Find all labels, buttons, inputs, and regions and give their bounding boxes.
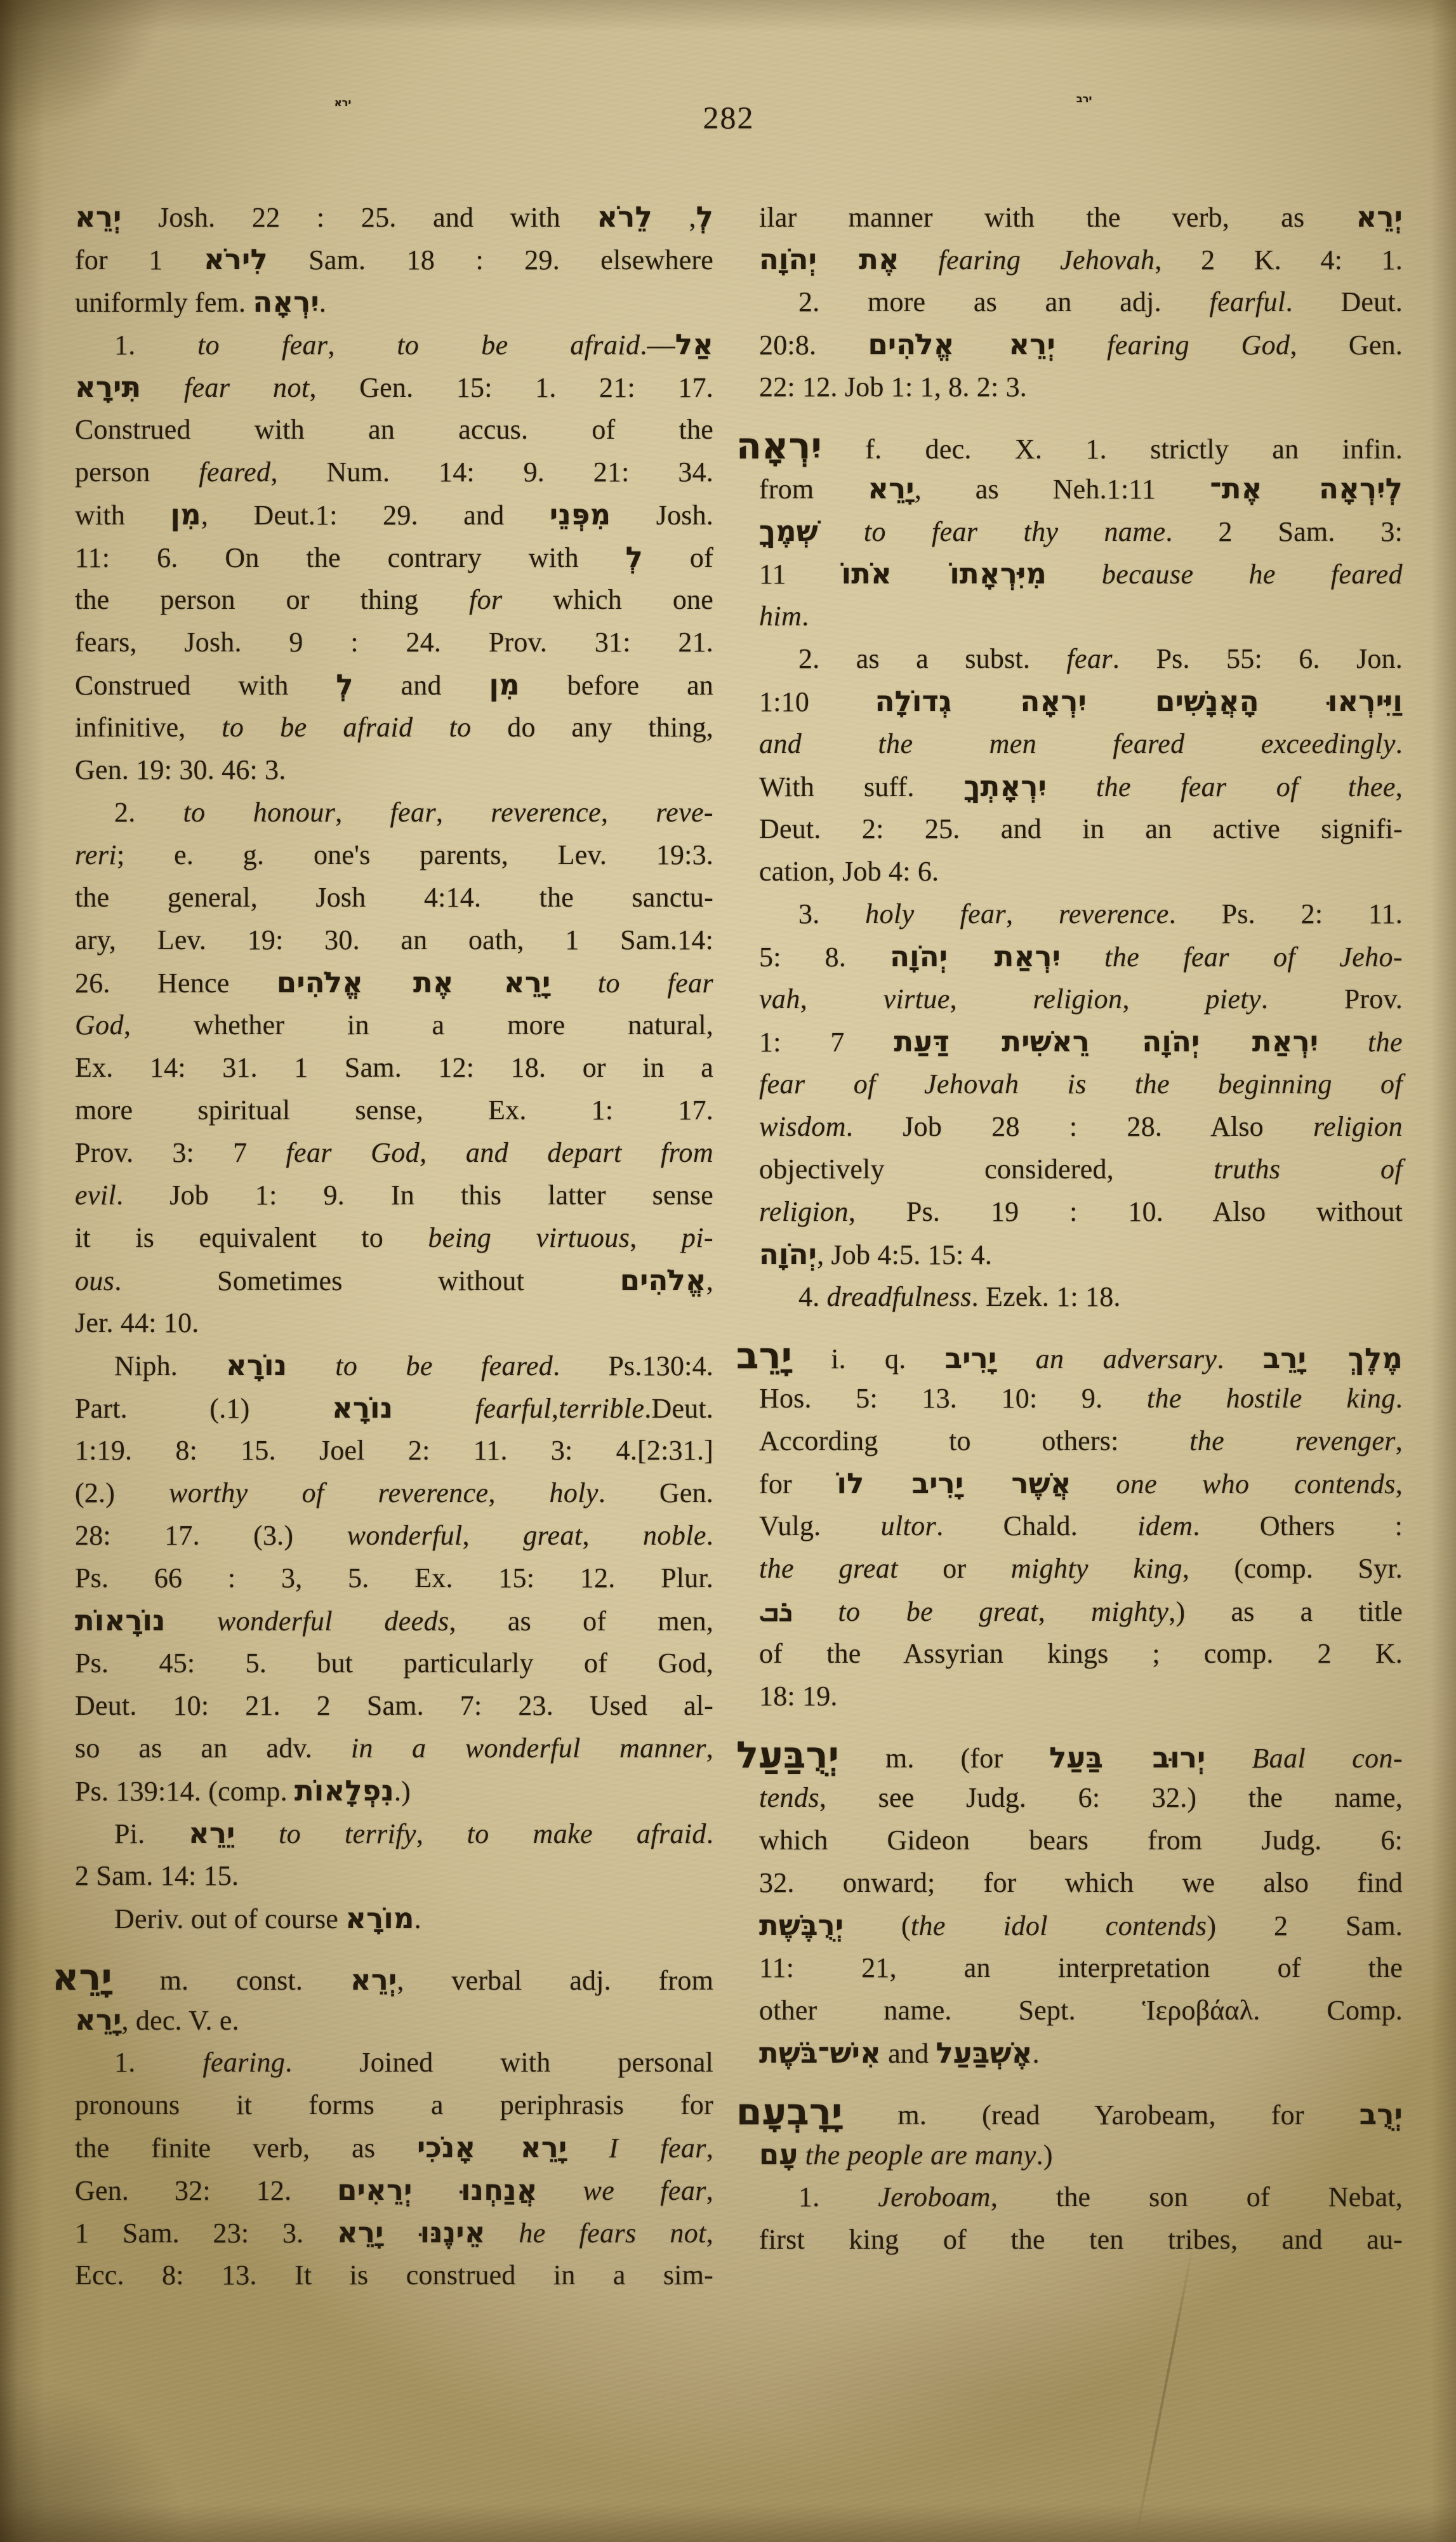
page-edge-shadow-bottom xyxy=(0,2504,1456,2542)
hebrew-word: לְ xyxy=(336,668,353,702)
text-line: the great or mighty king, (comp. Syr. xyxy=(759,1547,1403,1590)
paper-stain xyxy=(768,2298,1212,2489)
page-edge-shadow-left xyxy=(0,0,44,2542)
hebrew-word: אֲנַחְנוּ יְרֵאִים xyxy=(337,2173,537,2207)
text-line: Ps. 45: 5. but particularly of God, xyxy=(75,1642,713,1684)
hebrew-word: תִּירָא xyxy=(75,370,141,404)
text-line: 3. holy fear, reverence. Ps. 2: 11. xyxy=(759,893,1403,935)
text-line: 11: 21, an interpretation of the xyxy=(759,1946,1403,1989)
text-line: 1 Sam. 23: 3. אֵינֶנּוּ יָרֵא he fears n… xyxy=(75,2211,713,2254)
text-line: which Gideon bears from Judg. 6: xyxy=(759,1819,1403,1861)
hebrew-word: יְרוּב בַּעַל xyxy=(1049,1741,1205,1774)
entry-first-line: יָרֵב i. q. יָרִיב an adversary. מֶלֶךְ … xyxy=(759,1334,1403,1377)
text-line: 11: 6. On the contrary with לְ of xyxy=(75,536,713,578)
text-line: אִישׁ־בֹּשֶׁת and אֶשְׁבַּעַל. xyxy=(759,2032,1403,2074)
text-line: for לִירֹא 1 Sam. 18 : 29. elsewhere xyxy=(75,238,713,281)
text-line: נוֹרָאוֹת wonderful deeds, as of men, xyxy=(75,1599,713,1642)
text-line: Vulg. ultor. Chald. idem. Others : xyxy=(759,1505,1403,1547)
hebrew-word: וַיִּירְאוּ הָאֲנָשִׁים יִרְאָה גְדוֹלָה xyxy=(875,684,1403,718)
entry-headword: יָרֵב xyxy=(736,1334,792,1377)
text-line: 11 מִיִּרְאָתוֹ אֹתוֹ because he feared xyxy=(759,552,1403,595)
text-line: person feared, Num. 14: 9. 21: 34. xyxy=(75,451,713,493)
column-left: יְרֵא Josh. 22 : 25. and with לְ, לֵרֹאf… xyxy=(75,196,713,2296)
text-line: Gen. 32: 12. אֲנַחְנוּ יְרֵאִים we fear, xyxy=(75,2169,713,2211)
text-line: אֶת יְהֹוָה fearing Jehovah, 2 K. 4: 1. xyxy=(759,238,1403,281)
hebrew-word: יְרֵא אֱלֹהִים xyxy=(868,328,1055,361)
text-line: ary, Lev. 19: 30. an oath, 1 Sam.14: xyxy=(75,919,713,961)
text-line: Pi. יֵרֵא to terrify, to make afraid. xyxy=(75,1812,713,1854)
text-line: from יָרֵא, as Neh.1:11 לְיִרְאָה אֶת־ xyxy=(759,467,1403,510)
hebrew-word: נוֹרָאוֹת xyxy=(75,1604,166,1637)
text-line: ous. Sometimes without אֱלֹהִים, xyxy=(75,1259,713,1301)
hebrew-word: אֶשְׁבַּעַל xyxy=(936,2036,1033,2070)
hebrew-word: יִרְאַת יְהֹוָה רֵאשִׁית דַּעַת xyxy=(894,1025,1318,1058)
page-corner-shadow xyxy=(0,2377,190,2542)
hebrew-word: יָרִיב xyxy=(945,1341,997,1375)
hebrew-word: יָרֵא xyxy=(75,2003,122,2037)
entry-first-line: יִרְאָה f. dec. X. 1. strictly an infin. xyxy=(759,425,1403,467)
hebrew-word: נוֹרָא xyxy=(332,1391,393,1425)
running-header: ירא 282 ירב xyxy=(0,93,1456,156)
text-line: Ps. 139:14. (comp. נִפְלָאוֹת.) xyxy=(75,1769,713,1812)
hebrew-word: אֲשֶׁר יָרִיב לוֹ xyxy=(837,1467,1071,1500)
text-line: vah, virtue, religion, piety. Prov. xyxy=(759,978,1403,1020)
text-line: the general, Josh 4:14. the sanctu- xyxy=(75,876,713,919)
text-line: it is equivalent to being virtuous, pi- xyxy=(75,1216,713,1259)
hebrew-word: מֶלֶךְ יָרֵב xyxy=(1263,1341,1403,1375)
hebrew-word: אִישׁ־בֹּשֶׁת xyxy=(759,2036,881,2070)
hebrew-word: עָם xyxy=(759,2138,798,2171)
hebrew-word: מִפְּנֵי xyxy=(550,498,611,531)
text-line: Deut. 2: 25. and in an active signifi- xyxy=(759,808,1403,850)
header-catchword-left: ירא xyxy=(334,96,352,109)
text-line: with מִן, Deut.1: 29. and מִפְּנֵי Josh. xyxy=(75,493,713,536)
text-line: Ex. 14: 31. 1 Sam. 12: 18. or in a xyxy=(75,1046,713,1089)
hebrew-word: אֶת יְהֹוָה xyxy=(759,243,899,276)
text-line: first king of the ten tribes, and au- xyxy=(759,2218,1403,2261)
column-right: ilar manner with the verb, as יְרֵאאֶת י… xyxy=(759,196,1403,2261)
hebrew-word: יִרְאָה xyxy=(253,285,319,319)
text-line: Prov. 3: 7 fear God, and depart from xyxy=(75,1131,713,1174)
header-catchword-right: ירב xyxy=(1076,93,1092,105)
text-line: Deriv. out of course מוֹרָא. xyxy=(75,1897,713,1940)
text-line: evil. Job 1: 9. In this latter sense xyxy=(75,1174,713,1216)
text-line: 18: 19. xyxy=(759,1675,1403,1717)
page-edge-shadow-right xyxy=(1431,0,1456,2542)
hebrew-word: יְרֻב xyxy=(1360,2098,1403,2131)
text-line: and the men feared exceedingly. xyxy=(759,722,1403,765)
text-line: of the Assyrian kings ; comp. 2 K. xyxy=(759,1632,1403,1675)
hebrew-word: לְ xyxy=(696,200,713,234)
hebrew-word: יִרְאַת יְהֹוָה xyxy=(890,940,1061,973)
hebrew-word: יָרֵא אָנֹכִי xyxy=(417,2131,567,2164)
text-line: 26. Hence יָרֵא אֶת אֱלֹהִים to fear xyxy=(75,961,713,1004)
text-line: uniformly fem. יִרְאָה. xyxy=(75,281,713,323)
text-line: Ecc. 8: 13. It is construed in a sim- xyxy=(75,2254,713,2296)
text-line: religion, Ps. 19 : 10. Also without xyxy=(759,1190,1403,1233)
entry-first-line: יָרָבְעָם m. (read Yarobeam, for יְרֻב xyxy=(759,2091,1403,2133)
entry-headword: יִרְאָה xyxy=(736,424,822,467)
text-line: 1:10 וַיִּירְאוּ הָאֲנָשִׁים יִרְאָה גְד… xyxy=(759,680,1403,722)
text-line: pronouns it forms a periphrasis for xyxy=(75,2084,713,2126)
text-line: According to others: the revenger, xyxy=(759,1420,1403,1462)
entry-headword: יָרָבְעָם xyxy=(736,2090,842,2133)
text-line: Ps. 66 : 3, 5. Ex. 15: 12. Plur. xyxy=(75,1557,713,1599)
hebrew-word: לְיִרְאָה אֶת־ xyxy=(1210,472,1403,505)
text-line: 4. dreadfulness. Ezek. 1: 18. xyxy=(759,1275,1403,1318)
entry-first-line: יָרֵא m. const. יְרֵא, verbal adj. from xyxy=(75,1956,713,1999)
text-line: 1: 7 יִרְאַת יְהֹוָה רֵאשִׁית דַּעַת the xyxy=(759,1020,1403,1063)
text-line: 2 Sam. 14: 15. xyxy=(75,1854,713,1897)
text-line: יָרֵא, dec. V. e. xyxy=(75,1999,713,2041)
text-line: for אֲשֶׁר יָרִיב לוֹ one who contends, xyxy=(759,1462,1403,1505)
text-line: fears, Josh. 9 : 24. Prov. 31: 21. xyxy=(75,621,713,663)
hebrew-word: יָרֵא xyxy=(868,472,915,505)
text-line: God, whether in a more natural, xyxy=(75,1004,713,1046)
entry-first-line: יְרֻבַּעַל m. (for יְרוּב בַּעַל Baal co… xyxy=(759,1734,1403,1776)
hebrew-word: אֱלֹהִים xyxy=(620,1263,706,1297)
hebrew-word: יְרֵא xyxy=(1356,200,1403,234)
text-line: Jer. 44: 10. xyxy=(75,1301,713,1344)
text-line: the finite verb, as יָרֵא אָנֹכִי I fear… xyxy=(75,2126,713,2169)
text-line: ܪܒ to be great, mighty,) as a title xyxy=(759,1590,1403,1632)
page-background: ירא 282 ירב יְרֵא Josh. 22 : 25. and wit… xyxy=(0,0,1456,2542)
entry-headword: יָרֵא xyxy=(52,1955,112,1999)
text-line: so as an adv. in a wonderful manner, xyxy=(75,1727,713,1769)
hebrew-word: מוֹרָא xyxy=(345,1901,414,1935)
scanned-lexicon-page: { "page": { "header": { "left_word": "יר… xyxy=(0,0,1456,2542)
text-line: 5: 8. יִרְאַת יְהֹוָה the fear of Jeho- xyxy=(759,935,1403,978)
hebrew-word: יָרֵא אֶת אֱלֹהִים xyxy=(277,966,551,999)
text-line: 28: 17. (3.) wonderful, great, noble. xyxy=(75,1514,713,1557)
hebrew-word: יְהֹוָה xyxy=(759,1237,817,1271)
hebrew-word: מִן xyxy=(489,668,520,702)
entry-headword: יְרֻבַּעַל xyxy=(736,1733,839,1776)
text-line: infinitive, to be afraid to do any thing… xyxy=(75,706,713,749)
text-line: עָם the people are many.) xyxy=(759,2133,1403,2176)
text-line: Construed with לְ and מִן before an xyxy=(75,663,713,706)
text-line: cation, Job 4: 6. xyxy=(759,850,1403,893)
hebrew-word: מִיִּרְאָתוֹ אֹתוֹ xyxy=(842,557,1047,590)
text-line: 32. onward; for which we also find xyxy=(759,1861,1403,1904)
text-line: Gen. 19: 30. 46: 3. xyxy=(75,749,713,791)
text-line: objectively considered, truths of xyxy=(759,1148,1403,1190)
page-number: 282 xyxy=(703,99,755,136)
text-line: 2. more as an adj. fearful. Deut. xyxy=(759,281,1403,323)
hebrew-word: מִן xyxy=(171,498,201,531)
hebrew-word: נוֹרָא xyxy=(226,1348,287,1382)
hebrew-word: יִרְאָתְךָ xyxy=(964,769,1047,803)
text-line: 1:19. 8: 15. Joel 2: 11. 3: 4.[2:31.] xyxy=(75,1429,713,1472)
text-line: תִּירָא fear not, Gen. 15: 1. 21: 17. xyxy=(75,366,713,408)
hebrew-word: יְרֵא xyxy=(75,200,122,234)
text-line: יְרֵא Josh. 22 : 25. and with לְ, לֵרֹא xyxy=(75,196,713,238)
text-line: him. xyxy=(759,595,1403,637)
hebrew-word: אֵינֶנּוּ יָרֵא xyxy=(337,2216,486,2249)
hebrew-word: יְרֻבֶּשֶׁת xyxy=(759,1908,844,1942)
text-line: Construed with an accus. of the xyxy=(75,408,713,451)
hebrew-word: לְ xyxy=(626,540,643,574)
text-line: With suff. יִרְאָתְךָ the fear of thee, xyxy=(759,765,1403,808)
hebrew-word: ܪܒ xyxy=(759,1594,792,1628)
text-line: wisdom. Job 28 : 28. Also religion xyxy=(759,1105,1403,1148)
text-line: 1. fearing. Joined with personal xyxy=(75,2041,713,2084)
text-line: fear of Jehovah is the beginning of xyxy=(759,1063,1403,1105)
hebrew-word: יֵרֵא xyxy=(189,1816,235,1850)
text-line: other name. Sept. Ἱεροβάαλ. Comp. xyxy=(759,1989,1403,2032)
text-line: 20:8. יְרֵא אֱלֹהִים fearing God, Gen. xyxy=(759,323,1403,366)
text-line: Part. נוֹרָא (1.) fearful,terrible.Deut. xyxy=(75,1387,713,1429)
text-line: the person or thing for which one xyxy=(75,578,713,621)
hebrew-word: אַל xyxy=(675,328,713,361)
text-line: 1. Jeroboam, the son of Nebat, xyxy=(759,2176,1403,2218)
text-line: Niph. נוֹרָא to be feared. Ps.130:4. xyxy=(75,1344,713,1387)
text-line: Hos. 5: 13. 10: 9. the hostile king. xyxy=(759,1377,1403,1420)
text-line: more spiritual sense, Ex. 1: 17. xyxy=(75,1089,713,1131)
hebrew-word: יְרֵא xyxy=(350,1963,397,1997)
text-line: 2. as a subst. fear. Ps. 55: 6. Jon. xyxy=(759,637,1403,680)
text-line: 1. to fear, to be afraid.—אַל xyxy=(75,323,713,366)
text-line: יְרֻבֶּשֶׁת (the idol contends) 2 Sam. xyxy=(759,1904,1403,1946)
text-line: reri; e. g. one's parents, Lev. 19:3. xyxy=(75,834,713,876)
text-line: tends, see Judg. 6: 32.) the name, xyxy=(759,1776,1403,1819)
text-line: שְׁמֶךָ to fear thy name. 2 Sam. 3: xyxy=(759,510,1403,552)
text-line: (2.) worthy of reverence, holy. Gen. xyxy=(75,1472,713,1514)
hebrew-word: לֵרֹא xyxy=(597,200,652,234)
hebrew-word: לִירֹא xyxy=(204,243,268,276)
text-line: יְהֹוָה, Job 4:5. 15: 4. xyxy=(759,1233,1403,1275)
page-edge-shadow-top xyxy=(0,0,1456,32)
hebrew-word: נִפְלָאוֹת xyxy=(295,1774,394,1807)
text-line: Deut. 10: 21. 2 Sam. 7: 23. Used al- xyxy=(75,1684,713,1727)
text-line: 22: 12. Job 1: 1, 8. 2: 3. xyxy=(759,366,1403,408)
text-line: 2. to honour, fear, reverence, reve- xyxy=(75,791,713,834)
text-line: ilar manner with the verb, as יְרֵא xyxy=(759,196,1403,238)
hebrew-word: שְׁמֶךָ xyxy=(759,514,818,548)
